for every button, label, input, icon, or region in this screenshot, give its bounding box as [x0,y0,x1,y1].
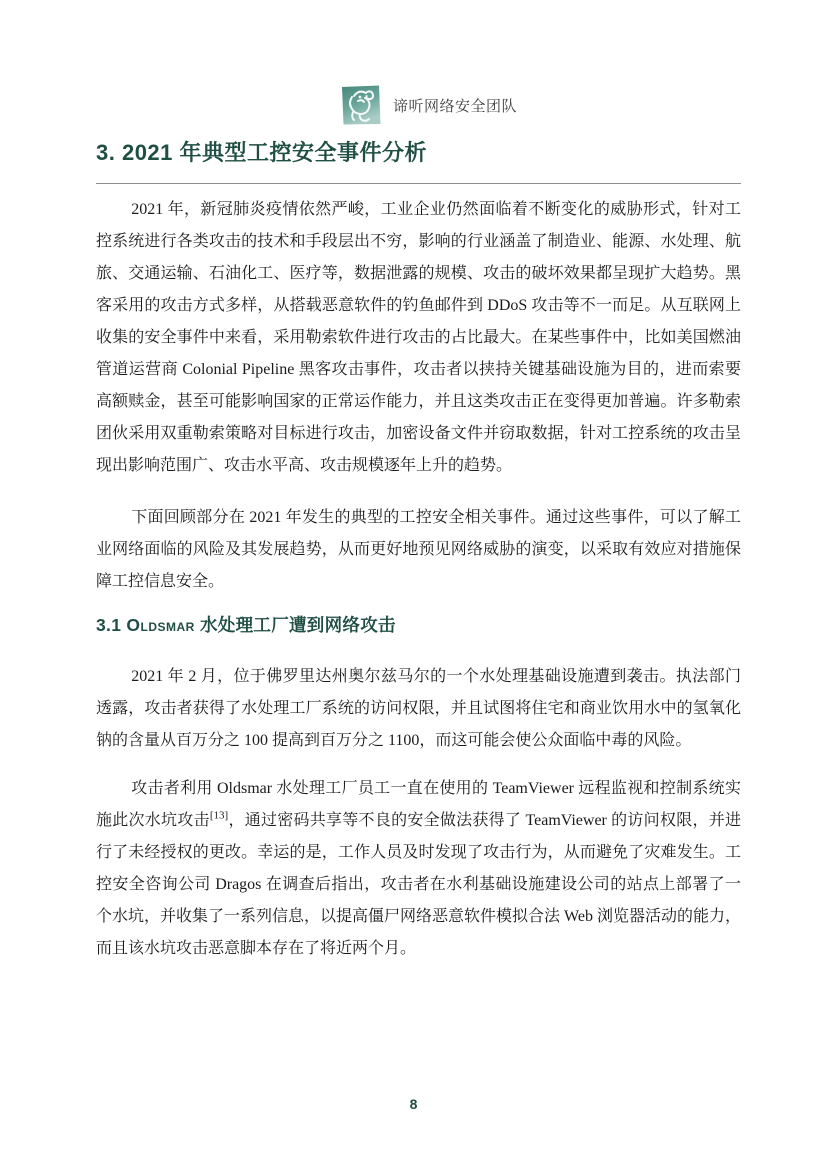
subsection-heading: 3.1 Oldsmar 水处理工厂遭到网络攻击 [96,612,741,638]
heading-divider [96,183,741,184]
citation-ref-13: [13] [210,810,228,822]
document-header: 谛听网络安全团队 [106,84,751,126]
paragraph-text-after-citation: ，通过密码共享等不良的安全做法获得了 TeamViewer 的访问权限，并进行了… [96,812,741,957]
page-content: 谛听网络安全团队 3. 2021 年典型工控安全事件分析 2021 年，新冠肺炎… [96,0,741,965]
page-number: 8 [0,1096,827,1112]
section-heading: 3. 2021 年典型工控安全事件分析 [96,139,741,167]
subsection-name-cn: 水处理工厂遭到网络攻击 [195,615,396,635]
paragraph-oldsmar-incident: 2021 年 2 月，位于佛罗里达州奥尔兹马尔的一个水处理基础设施遭到袭击。执法… [96,661,741,757]
paragraph-overview: 2021 年，新冠肺炎疫情依然严峻，工业企业仍然面临着不断变化的威胁形式，针对工… [96,194,741,482]
paragraph-oldsmar-detail: 攻击者利用 Oldsmar 水处理工厂员工一直在使用的 TeamViewer 远… [96,773,741,965]
team-name-label: 谛听网络安全团队 [393,95,517,116]
document-page: 谛听网络安全团队 3. 2021 年典型工控安全事件分析 2021 年，新冠肺炎… [0,0,827,1170]
diting-seal-logo-icon [340,84,382,126]
paragraph-review-intro: 下面回顾部分在 2021 年发生的典型的工控安全相关事件。通过这些事件，可以了解… [96,502,741,598]
subsection-name-en: Oldsmar [126,615,194,635]
subsection-number: 3.1 [96,615,126,635]
